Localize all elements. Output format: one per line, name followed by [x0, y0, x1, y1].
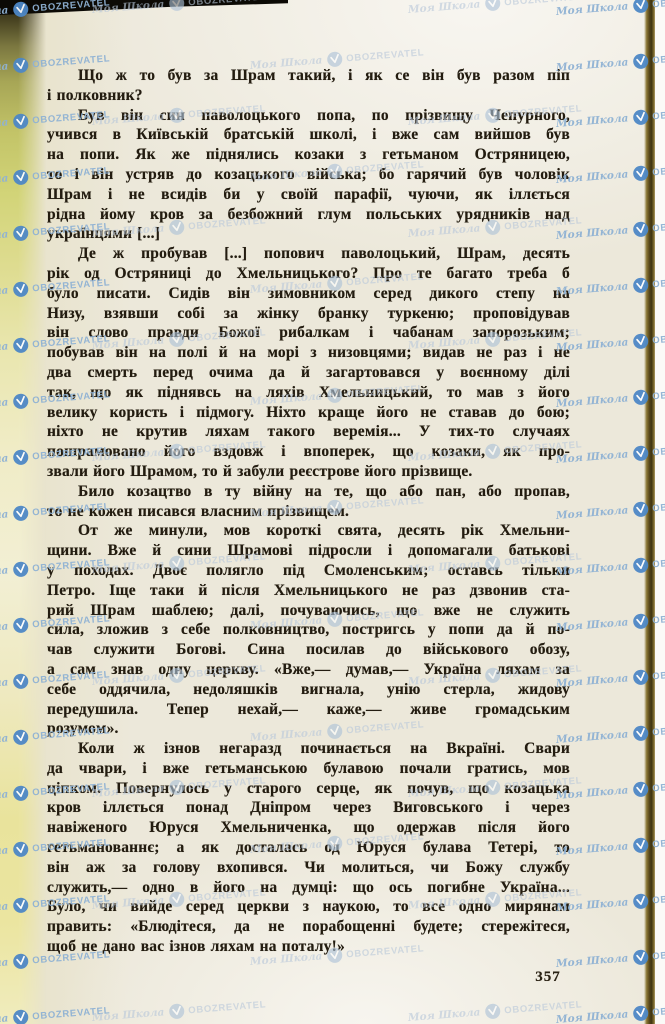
- text-line: передушила. Тепер нехай,— каже,— живе гр…: [47, 700, 570, 720]
- paragraph: Коли ж ізнов негаразд починається на Вкр…: [47, 739, 570, 957]
- watermark-script-label: Моя Школа: [556, 0, 629, 18]
- text-line: Било козацтво в ту війну на те, що або п…: [47, 482, 570, 502]
- watermark-caps-label: OBOZREVATEL: [504, 999, 583, 1016]
- text-line: побував він на полі й на морі з низовцям…: [47, 343, 570, 363]
- text-line: велику користь і підмогу. Ніхто краще йо…: [47, 403, 570, 423]
- text-line: гетьманованнє; а як досталась од Юруся б…: [47, 838, 570, 858]
- text-line: Петро. Іще таки й після Хмельницького не…: [47, 581, 570, 601]
- text-line: два смерть перед очима да й загартовався…: [47, 363, 570, 383]
- text-line: Шрам і не всидів би у своїй парафії, чую…: [47, 185, 570, 205]
- obozrevatel-circle-check-icon: [484, 1003, 501, 1020]
- scanned-book-page: Що ж то був за Шрам такий, і як се він б…: [0, 0, 665, 1024]
- scan-top-corner-shadow: [0, 0, 288, 15]
- text-line: править: «Блюдітеся, да не порабощенні б…: [47, 917, 570, 937]
- text-line: розумом».: [47, 719, 570, 739]
- text-line: Що ж то був за Шрам такий, і як се він б…: [47, 66, 570, 86]
- text-line: а сам знав одну церкву. «Вже,— думав,— У…: [47, 660, 570, 680]
- text-line: він слово правди Божої рибалкам і чабана…: [47, 323, 570, 343]
- text-line: щини. Вже й сини Шрамові підросли і допо…: [47, 541, 570, 561]
- text-line: то не кожен писався власним прізвищем.: [47, 502, 570, 522]
- text-line: звали його Шрамом, то й забули реєстрове…: [47, 462, 570, 482]
- watermark-caps-label: OBOZREVATEL: [188, 999, 267, 1016]
- text-line: кров іллється понад Дніпром через Виговс…: [47, 798, 570, 818]
- text-line: сила, зложив з себе полковництво, постри…: [47, 620, 570, 640]
- paragraph: Де ж пробував [...] попович паволоцький,…: [47, 244, 570, 482]
- text-line: він аж за голову вхопився. Чи молиться, …: [47, 858, 570, 878]
- text-line: Було, чи вийде серед церкви з наукою, то…: [47, 897, 570, 917]
- text-line: учився в Київській братській школі, і вж…: [47, 125, 570, 145]
- page-text: Що ж то був за Шрам такий, і як се він б…: [47, 66, 570, 957]
- text-line: рідна йому кров за безбожний глум польсь…: [47, 205, 570, 225]
- watermark-script-label: Моя Школа: [408, 0, 481, 16]
- text-line: да чвари, і вже гетьманською булавою поч…: [47, 759, 570, 779]
- text-line: рий Шрам шаблею; далі, почуваючись, що в…: [47, 601, 570, 621]
- text-line: щоб не дано вас ізнов ляхам на поталу!»: [47, 937, 570, 957]
- paragraph: Був він син паволоцького попа, по прізви…: [47, 106, 570, 245]
- text-line: себе оддячила, недоляшків вигнала, унію …: [47, 680, 570, 700]
- watermark: Моя ШколаOBOZREVATEL: [407, 996, 582, 1024]
- text-line: Де ж пробував [...] попович паволоцький,…: [47, 244, 570, 264]
- text-line: і полковник?: [47, 86, 570, 106]
- scan-right-margin: [655, 0, 665, 1024]
- watermark-script-label: Моя Школа: [556, 1008, 629, 1024]
- text-line: ніхто не крутив ляхам такого веремія... …: [47, 422, 570, 442]
- text-line: на попи. Як же піднялись козаки з гетьма…: [47, 145, 570, 165]
- text-line: то і він устряв до козацького війська; б…: [47, 165, 570, 185]
- obozrevatel-circle-check-icon: [168, 1003, 185, 1020]
- paragraph: Било козацтво в ту війну на те, що або п…: [47, 482, 570, 522]
- text-line: пошрамовано його вздовж і впоперек, що к…: [47, 442, 570, 462]
- text-line: навіженого Юруся Хмельниченка, що одержа…: [47, 818, 570, 838]
- watermark-script-label: Моя Школа: [408, 1006, 481, 1024]
- obozrevatel-circle-check-icon: [484, 0, 501, 12]
- watermark-script-label: Моя Школа: [92, 1006, 165, 1024]
- text-line: Коли ж ізнов негаразд починається на Вкр…: [47, 739, 570, 759]
- watermark-caps-label: OBOZREVATEL: [504, 0, 583, 8]
- text-line: ціпком. Повернулось у старого серце, як …: [47, 779, 570, 799]
- paragraph: Що ж то був за Шрам такий, і як се він б…: [47, 66, 570, 106]
- text-line: От же минули, мов короткі свята, десять …: [47, 521, 570, 541]
- watermark-caps-label: OBOZREVATEL: [346, 47, 425, 64]
- watermark: Моя ШколаOBOZREVATEL: [407, 0, 582, 18]
- text-line: рік од Остряниці до Хмельницького? Про т…: [47, 264, 570, 284]
- page-number: 357: [528, 969, 568, 986]
- paragraph: От же минули, мов короткі свята, десять …: [47, 521, 570, 739]
- text-line: було писати. Сидів він зимовником серед …: [47, 284, 570, 304]
- watermark: Моя ШколаOBOZREVATEL: [91, 996, 266, 1024]
- text-line: чав служити Богові. Сина посилав до війс…: [47, 640, 570, 660]
- text-line: так, що як піднявсь на ляхів Хмельницьки…: [47, 383, 570, 403]
- text-line: Низу, взявши собі за жінку бранку туркен…: [47, 304, 570, 324]
- text-line: у походах. Двоє полягло під Смоленським;…: [47, 561, 570, 581]
- text-line: українцями [...]: [47, 224, 570, 244]
- text-line: Був він син паволоцького попа, по прізви…: [47, 106, 570, 126]
- page-left-edge-shading: [0, 0, 46, 1024]
- text-line: служить,— одно в його на думці: що ось п…: [47, 878, 570, 898]
